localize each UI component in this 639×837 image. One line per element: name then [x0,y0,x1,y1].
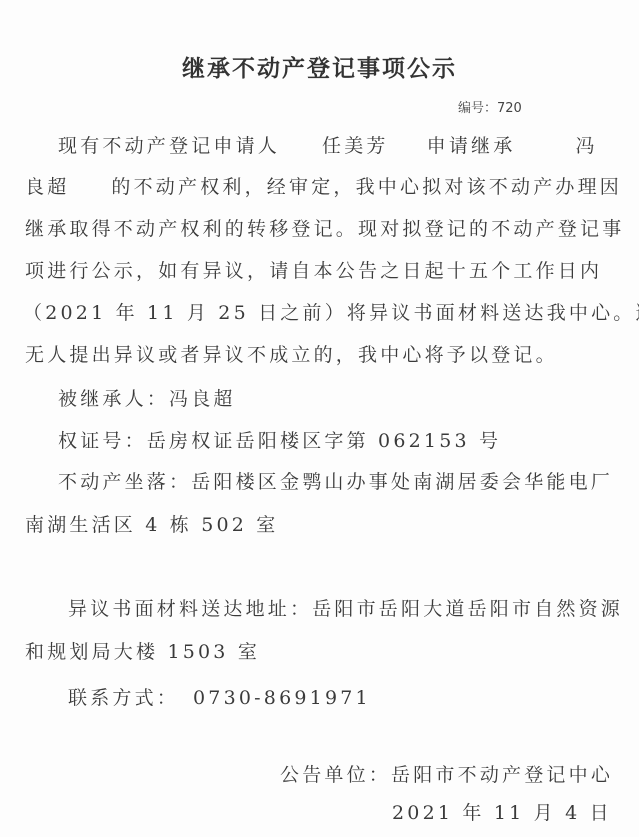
body-line1-mid: 申请继承 [427,135,516,157]
objection-address-line1: 岳阳市岳阳大道岳阳市自然资源 [312,598,623,620]
objection-address-line2: 和规划局大楼 1503 室 [25,637,625,664]
body-line1-prefix: 现有不动产登记申请人 [58,135,280,157]
issuer-label: 公告单位： [280,764,391,786]
decedent-name-part2: 良超 [25,176,69,198]
body-line-5: （2021 年 11 月 25 日之前）将异议书面材料送达我中心。逾期 [23,298,623,325]
body-line-2: 良超的不动产权利，经审定，我中心拟对该不动产办理因 [25,172,625,199]
body-line2-rest: 的不动产权利，经审定，我中心拟对该不动产办理因 [111,176,622,198]
certificate-field: 权证号：岳房权证岳阳楼区字第 062153 号 [58,426,639,453]
issuer-field: 公告单位：岳阳市不动产登记中心 [280,760,613,787]
notice-date: 2021 年 11 月 4 日 [392,798,612,825]
certificate-value: 岳房权证岳阳楼区字第 062153 号 [147,430,501,452]
applicant-name: 任美芳 [322,135,389,157]
certificate-label: 权证号： [58,430,147,452]
decedent-label: 被继承人： [58,388,169,410]
contact-field: 联系方式：0730-8691971 [68,683,639,710]
serial-label: 编号： [458,101,497,116]
body-line-6: 无人提出异议或者异议不成立的，我中心将予以登记。 [25,340,625,367]
location-value-line1: 岳阳楼区金鹗山办事处南湖居委会华能电厂 [191,471,613,493]
location-label: 不动产坐落： [58,471,191,493]
serial-value: 720 [497,101,522,116]
objection-address-field: 异议书面材料送达地址：岳阳市岳阳大道岳阳市自然资源 [68,594,639,621]
location-value-line2: 南湖生活区 4 栋 502 室 [25,510,625,537]
objection-address-label: 异议书面材料送达地址： [68,598,312,620]
document-title: 继承不动产登记事项公示 [0,50,639,83]
decedent-name-part1: 冯 [575,135,597,157]
location-field: 不动产坐落：岳阳楼区金鹗山办事处南湖居委会华能电厂 [58,467,639,494]
decedent-value: 冯良超 [169,388,236,410]
serial-number: 编号：720 [458,97,522,116]
contact-label: 联系方式： [68,687,179,709]
body-line-4: 项进行公示，如有异议，请自本公告之日起十五个工作日内 [25,256,625,283]
decedent-field: 被继承人：冯良超 [58,384,639,411]
issuer-value: 岳阳市不动产登记中心 [391,764,613,786]
body-line-3: 继承取得不动产权利的转移登记。现对拟登记的不动产登记事 [25,214,625,241]
body-line-1: 现有不动产登记申请人任美芳申请继承冯 [58,131,639,158]
contact-value: 0730-8691971 [193,687,371,709]
